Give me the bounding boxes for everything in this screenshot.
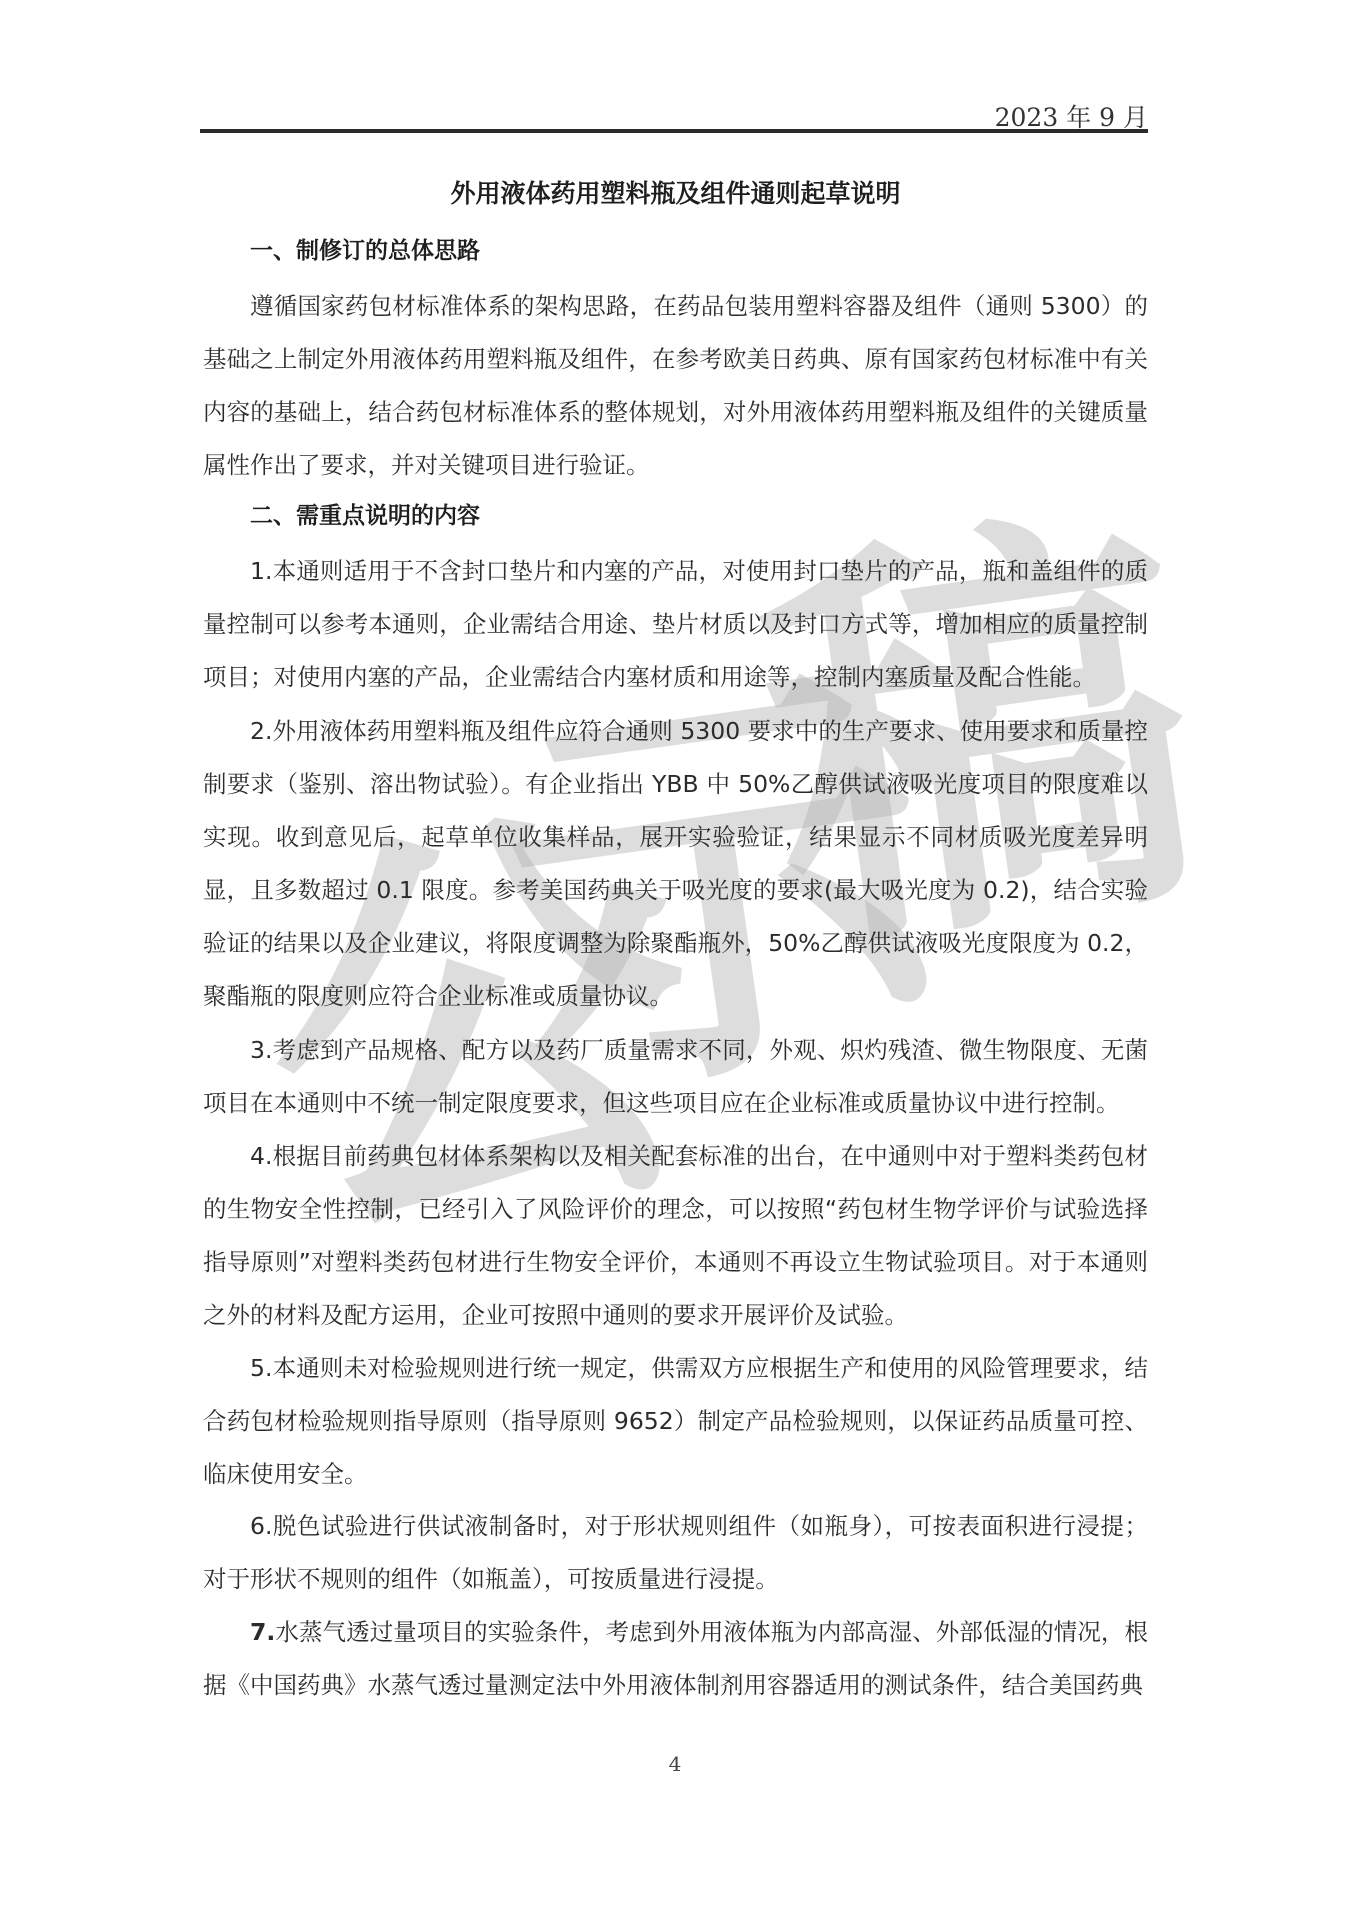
paragraph-item-3: 3.考虑到产品规格、配方以及药厂质量需求不同，外观、炽灼残渣、微生物限度、无菌项… <box>203 1024 1148 1130</box>
paragraph-item-7: 7.水蒸气透过量项目的实验条件，考虑到外用液体瓶为内部高湿、外部低湿的情况，根据… <box>203 1606 1148 1712</box>
section-heading-1: 一、制修订的总体思路 <box>250 232 480 265</box>
item-text: 水蒸气透过量项目的实验条件，考虑到外用液体瓶为内部高湿、外部低湿的情况，根据《中… <box>203 1618 1148 1699</box>
document-title: 外用液体药用塑料瓶及组件通则起草说明 <box>203 174 1148 210</box>
paragraph-item-4: 4.根据目前药典包材体系架构以及相关配套标准的出台，在中通则中对于塑料类药包材的… <box>203 1130 1148 1342</box>
item-number: 7. <box>250 1618 275 1646</box>
header-rule <box>200 129 1148 133</box>
paragraph-item-5: 5.本通则未对检验规则进行统一规定，供需双方应根据生产和使用的风险管理要求，结合… <box>203 1342 1148 1501</box>
paragraph-item-1: 1.本通则适用于不含封口垫片和内塞的产品，对使用封口垫片的产品，瓶和盖组件的质量… <box>203 545 1148 704</box>
paragraph: 遵循国家药包材标准体系的架构思路，在药品包装用塑料容器及组件（通则 5300）的… <box>203 280 1148 492</box>
document-page: 2023 年 9 月 公 示 稿 外用液体药用塑料瓶及组件通则起草说明 一、制修… <box>0 0 1350 1909</box>
section-heading-2: 二、需重点说明的内容 <box>250 497 480 530</box>
page-number: 4 <box>0 1752 1350 1776</box>
paragraph-item-2: 2.外用液体药用塑料瓶及组件应符合通则 5300 要求中的生产要求、使用要求和质… <box>203 705 1148 1023</box>
paragraph-item-6: 6.脱色试验进行供试液制备时，对于形状规则组件（如瓶身），可按表面积进行浸提；对… <box>203 1500 1148 1606</box>
